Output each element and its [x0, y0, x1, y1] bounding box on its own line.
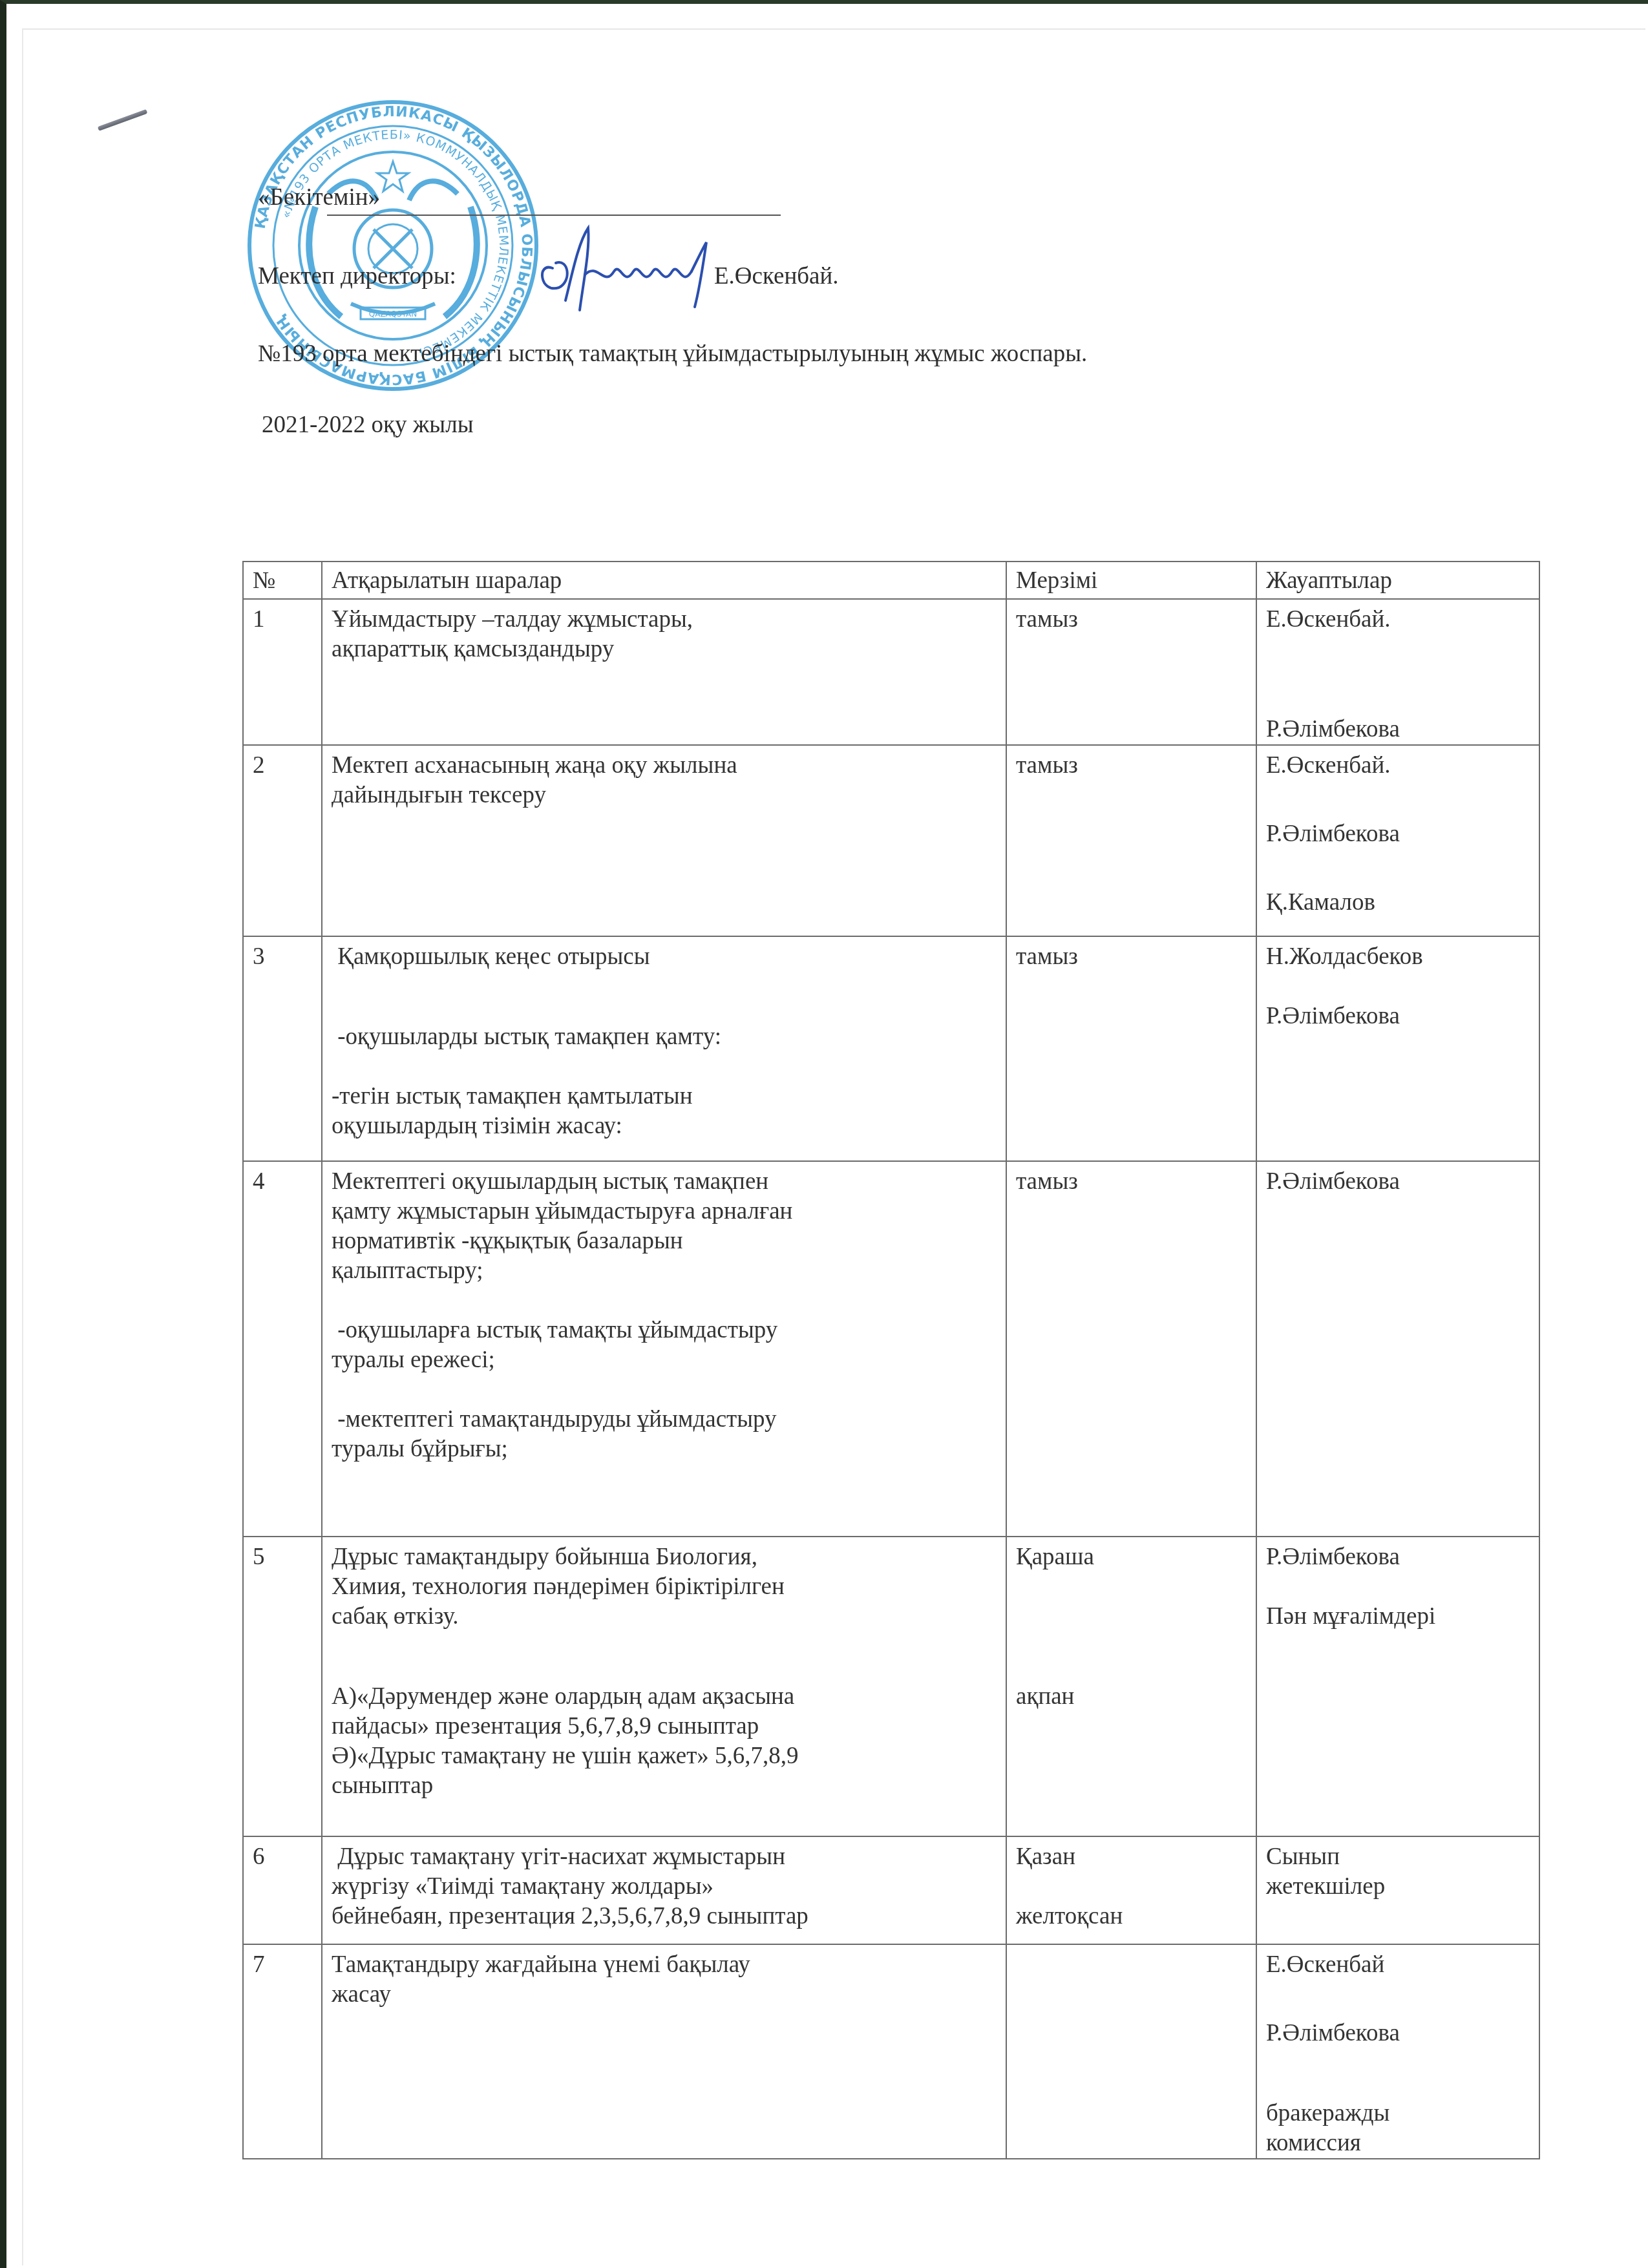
row-number: 3 — [243, 936, 322, 1161]
deadline-text: ақпан — [1016, 1682, 1249, 1712]
deadline-cell — [1006, 1944, 1256, 2159]
activity-cell: Дұрыс тамақтандыру бойынша Биология,Хими… — [322, 1537, 1006, 1836]
activity-cell: Тамақтандыру жағдайына үнемі бақылаужаса… — [322, 1944, 1006, 2159]
responsible-name: бракеражды — [1266, 2099, 1532, 2128]
activity-line: туралы ережесі; — [332, 1345, 999, 1375]
activity-line: дайындығын тексеру — [332, 781, 999, 810]
row-number: 4 — [243, 1161, 322, 1537]
activity-cell: Дұрыс тамақтану үгіт-насихат жұмыстарынж… — [322, 1836, 1006, 1944]
deadline-cell: Қазанжелтоқсан — [1006, 1836, 1256, 1944]
academic-year: 2021-2022 оқу жылы — [262, 411, 474, 439]
responsible-name: Р.Әлімбекова — [1266, 1542, 1532, 1572]
approval-signature-line — [327, 215, 781, 216]
responsible-name: Пән мұғалімдері — [1266, 1602, 1532, 1632]
activity-line: сыныптар — [332, 1771, 999, 1801]
responsible-cell: Р.Әлімбекова — [1256, 1161, 1539, 1537]
activity-line: -оқушыларды ыстық тамақпен қамту: — [332, 1022, 999, 1052]
responsible-name: комиссия — [1266, 2128, 1532, 2158]
deadline-text: желтоқсан — [1016, 1902, 1249, 1931]
responsible-name: Р.Әлімбекова — [1266, 819, 1532, 849]
responsible-name: Р.Әлімбекова — [1266, 715, 1532, 744]
activity-line: ақпараттық қамсыздандыру — [332, 635, 999, 664]
table-header-row: № Атқарылатын шаралар Мерзімі Жауаптылар — [243, 562, 1539, 599]
deadline-text: тамыз — [1016, 605, 1249, 635]
header-responsible: Жауаптылар — [1256, 562, 1539, 599]
responsible-name: жетекшілер — [1266, 1872, 1532, 1902]
responsible-name: Қ.Камалов — [1266, 888, 1532, 918]
responsible-cell: Р.ӘлімбековаПән мұғалімдері — [1256, 1537, 1539, 1836]
responsible-name: Сынып — [1266, 1842, 1532, 1872]
header-number: № — [243, 562, 322, 599]
deadline-text: тамыз — [1016, 751, 1249, 781]
responsible-name: Р.Әлімбекова — [1266, 1167, 1532, 1197]
responsible-name: Р.Әлімбекова — [1266, 1002, 1532, 1031]
row-number: 2 — [243, 745, 322, 936]
director-name: Е.Өскенбай. — [714, 262, 839, 290]
stamp-center-text: QAZAQSTAN — [369, 310, 417, 319]
activity-line: оқушылардың тізімін жасау: — [332, 1111, 999, 1141]
deadline-cell: тамыз — [1006, 1161, 1256, 1537]
activity-line: пайдасы» презентация 5,6,7,8,9 сыныптар — [332, 1712, 999, 1741]
approval-label: «Бекітемін» — [258, 184, 380, 211]
activity-line: Ә)«Дұрыс тамақтану не үшін қажет» 5,6,7,… — [332, 1741, 999, 1771]
activity-line: жасау — [332, 1980, 999, 2010]
header-activities: Атқарылатын шаралар — [322, 562, 1006, 599]
activity-cell: Ұйымдастыру –талдау жұмыстары,ақпараттық… — [322, 599, 1006, 745]
activity-line: жүргізу «Тиімді тамақтану жолдары» — [332, 1872, 999, 1902]
table-row: 3 Қамқоршылық кеңес отырысы -оқушыларды … — [243, 936, 1539, 1161]
header-deadline: Мерзімі — [1006, 562, 1256, 599]
responsible-cell: Е.Өскенбай.Р.ӘлімбековаҚ.Камалов — [1256, 745, 1539, 936]
deadline-text: Қараша — [1016, 1542, 1249, 1572]
activity-line: А)«Дәрумендер және олардың адам ақзасына — [332, 1682, 999, 1712]
activity-line: Мектептегі оқушылардың ыстық тамақпен — [332, 1167, 999, 1197]
responsible-name: Е.Өскенбай. — [1266, 605, 1532, 635]
row-number: 6 — [243, 1836, 322, 1944]
table-row: 4Мектептегі оқушылардың ыстық тамақпенқа… — [243, 1161, 1539, 1537]
responsible-cell: Е.Өскенбай.Р.Әлімбекова — [1256, 599, 1539, 745]
table-row: 5Дұрыс тамақтандыру бойынша Биология,Хим… — [243, 1537, 1539, 1836]
row-number: 7 — [243, 1944, 322, 2159]
work-plan-table: № Атқарылатын шаралар Мерзімі Жауаптылар… — [242, 561, 1540, 2159]
row-number: 1 — [243, 599, 322, 745]
activity-line: нормативтік -құқықтық базаларын — [332, 1226, 999, 1256]
deadline-text: тамыз — [1016, 942, 1249, 972]
activity-line: -оқушыларға ыстық тамақты ұйымдастыру — [332, 1316, 999, 1345]
responsible-cell: Сыныпжетекшілер — [1256, 1836, 1539, 1944]
activity-cell: Мектептегі оқушылардың ыстық тамақпенқам… — [322, 1161, 1006, 1537]
activity-cell: Мектеп асханасының жаңа оқу жылынадайынд… — [322, 745, 1006, 936]
activity-line: бейнебаян, презентация 2,3,5,6,7,8,9 сын… — [332, 1902, 999, 1931]
responsible-name: Н.Жолдасбеков — [1266, 942, 1532, 972]
activity-line: Дұрыс тамақтану үгіт-насихат жұмыстарын — [332, 1842, 999, 1872]
deadline-cell: Қарашаақпан — [1006, 1537, 1256, 1836]
table-row: 6 Дұрыс тамақтану үгіт-насихат жұмыстары… — [243, 1836, 1539, 1944]
deadline-text: Қазан — [1016, 1842, 1249, 1872]
responsible-name: Е.Өскенбай — [1266, 1950, 1532, 1980]
activity-line: Тамақтандыру жағдайына үнемі бақылау — [332, 1950, 999, 1980]
activity-line: қалыптастыру; — [332, 1256, 999, 1286]
table-row: 2Мектеп асханасының жаңа оқу жылынадайын… — [243, 745, 1539, 936]
activity-line: Химия, технология пәндерімен біріктірілг… — [332, 1572, 999, 1602]
activity-line: Қамқоршылық кеңес отырысы — [332, 942, 999, 972]
table-row: 7Тамақтандыру жағдайына үнемі бақылаужас… — [243, 1944, 1539, 2159]
director-label: Мектеп директоры: — [258, 262, 456, 290]
responsible-cell: Е.ӨскенбайР.Әлімбековабракераждыкомиссия — [1256, 1944, 1539, 2159]
activity-line: Мектеп асханасының жаңа оқу жылына — [332, 751, 999, 781]
activity-line: Дұрыс тамақтандыру бойынша Биология, — [332, 1542, 999, 1572]
deadline-cell: тамыз — [1006, 936, 1256, 1161]
responsible-cell: Н.ЖолдасбековР.Әлімбекова — [1256, 936, 1539, 1161]
activity-line: -мектептегі тамақтандыруды ұйымдастыру — [332, 1405, 999, 1434]
page-title: №193 орта мектебіндегі ыстық тамақтың ұй… — [258, 340, 1087, 368]
activity-line: қамту жұмыстарын ұйымдастыруға арналған — [332, 1197, 999, 1226]
responsible-name: Р.Әлімбекова — [1266, 2019, 1532, 2048]
activity-line: сабақ өткізу. — [332, 1602, 999, 1632]
responsible-name: Е.Өскенбай. — [1266, 751, 1532, 781]
deadline-cell: тамыз — [1006, 599, 1256, 745]
signature-icon — [533, 223, 721, 313]
activity-cell: Қамқоршылық кеңес отырысы -оқушыларды ыс… — [322, 936, 1006, 1161]
deadline-text: тамыз — [1016, 1167, 1249, 1197]
activity-line: -тегін ыстық тамақпен қамтылатын — [332, 1082, 999, 1111]
activity-line: Ұйымдастыру –талдау жұмыстары, — [332, 605, 999, 635]
table-row: 1Ұйымдастыру –талдау жұмыстары,ақпаратты… — [243, 599, 1539, 745]
deadline-cell: тамыз — [1006, 745, 1256, 936]
staple-mark — [98, 109, 148, 131]
activity-line: туралы бұйрығы; — [332, 1434, 999, 1464]
row-number: 5 — [243, 1537, 322, 1836]
